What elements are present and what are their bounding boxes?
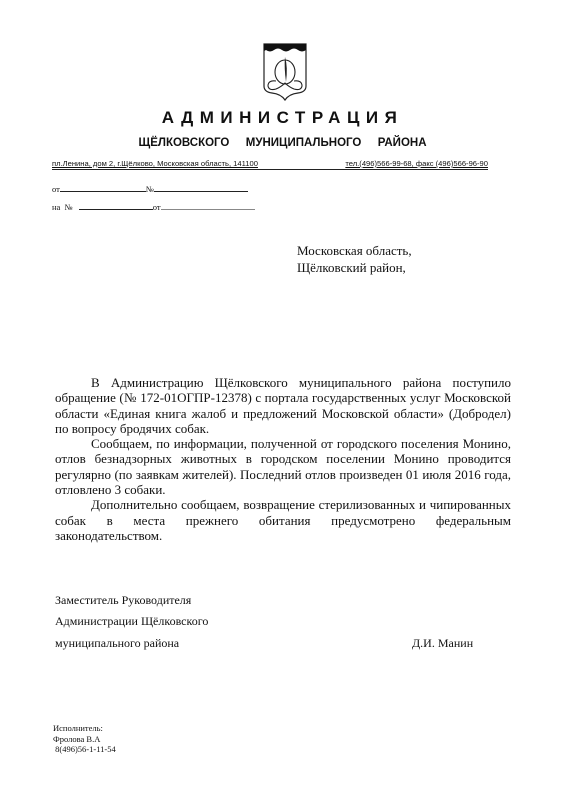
reference-date-label: от xyxy=(153,202,161,212)
number-label: № xyxy=(146,184,154,194)
body-paragraph: В Администрацию Щёлковского муниципально… xyxy=(55,375,511,436)
address-line: пл.Ленина, дом 2, г.Щёлково, Московская … xyxy=(52,159,488,170)
from-date-field xyxy=(60,190,146,192)
organization-title: АДМИНИСТРАЦИЯ xyxy=(0,108,565,128)
contact-phones: тел.(496)566-99-68, факс (496)566-96-90 xyxy=(345,159,488,168)
recipient-block: Московская область, Щёлковский район, xyxy=(297,242,412,276)
registration-line-outgoing: от № xyxy=(52,184,248,194)
reference-date-field xyxy=(161,208,255,210)
signatory-position-line: муниципального района xyxy=(55,636,179,651)
reference-number-field xyxy=(79,208,153,210)
recipient-line: Московская область, xyxy=(297,242,412,259)
executor-label: Исполнитель: xyxy=(53,723,116,734)
body-paragraph: Дополнительно сообщаем, возвращение стер… xyxy=(55,497,511,543)
letter-body: В Администрацию Щёлковского муниципально… xyxy=(55,375,511,543)
signatory-position-line: Администрации Щёлковского xyxy=(55,614,208,629)
organization-subtitle: ЩЁЛКОВСКОГО МУНИЦИПАЛЬНОГО РАЙОНА xyxy=(0,137,565,149)
recipient-line: Щёлковский район, xyxy=(297,259,412,276)
executor-phone: 8(496)56-1-11-54 xyxy=(53,744,116,755)
signatory-position-line: Заместитель Руководителя xyxy=(55,593,191,608)
signatory-name: Д.И. Манин xyxy=(412,636,473,651)
number-field xyxy=(154,190,248,192)
registration-line-incoming: на № от xyxy=(52,202,255,212)
from-date-label: от xyxy=(52,184,60,194)
coat-of-arms-icon xyxy=(262,42,308,102)
executor-name: Фролова В.А xyxy=(53,734,116,745)
body-paragraph: Сообщаем, по информации, полученной от г… xyxy=(55,436,511,497)
executor-block: Исполнитель: Фролова В.А 8(496)56-1-11-5… xyxy=(53,723,116,755)
reference-number-label: на № xyxy=(52,202,73,212)
postal-address: пл.Ленина, дом 2, г.Щёлково, Московская … xyxy=(52,159,258,168)
